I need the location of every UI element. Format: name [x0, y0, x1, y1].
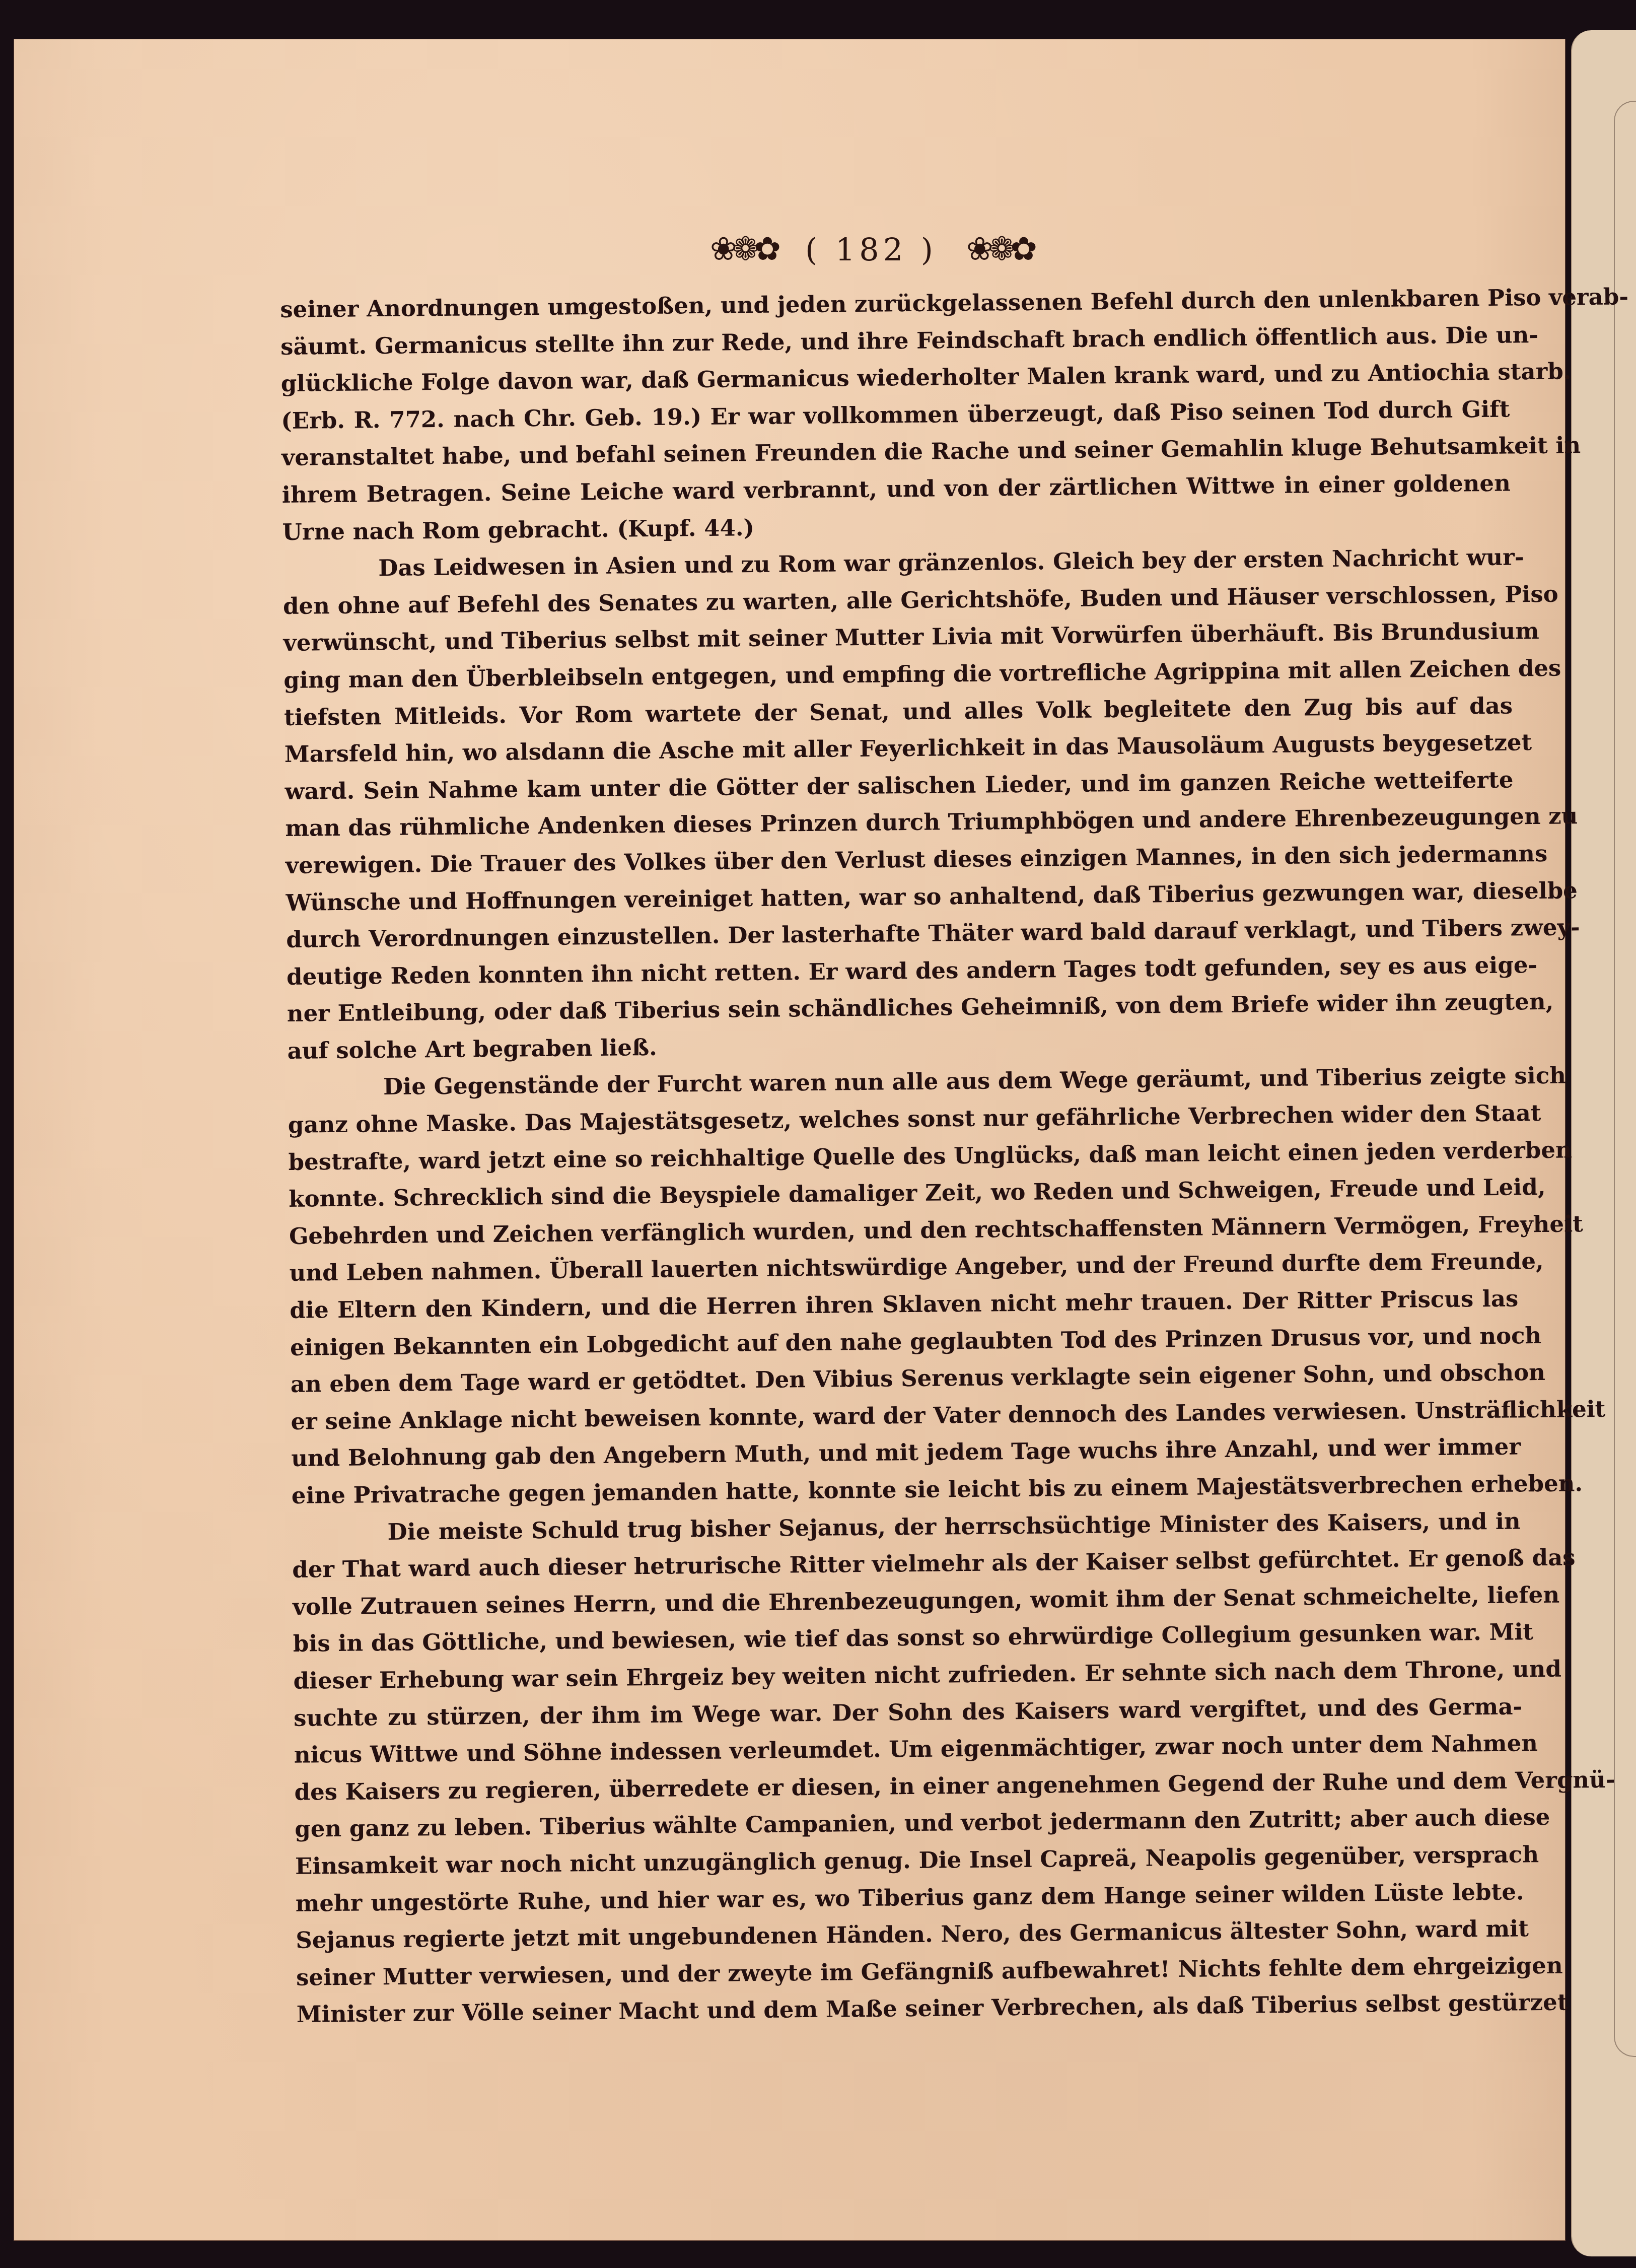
adjacent-page-fold — [1614, 101, 1636, 2057]
paragraph-2: Das Leidwesen in Asien und zu Rom war gr… — [282, 539, 1516, 1070]
floral-ornament-left-icon: ❀❁✿ — [710, 233, 776, 265]
page-number: ( 182 ) — [805, 231, 937, 268]
floral-ornament-right-icon: ❀❁✿ — [966, 233, 1032, 265]
paragraph-4: Die meiste Schuld trug bisher Sejanus, d… — [292, 1502, 1525, 2033]
body-text: seiner Anordnungen umgestoßen, und jeden… — [280, 280, 1525, 2033]
paragraph-1: seiner Anordnungen umgestoßen, und jeden… — [280, 280, 1511, 551]
paragraph-3: Die Gegenstände der Furcht waren nun all… — [288, 1058, 1520, 1515]
